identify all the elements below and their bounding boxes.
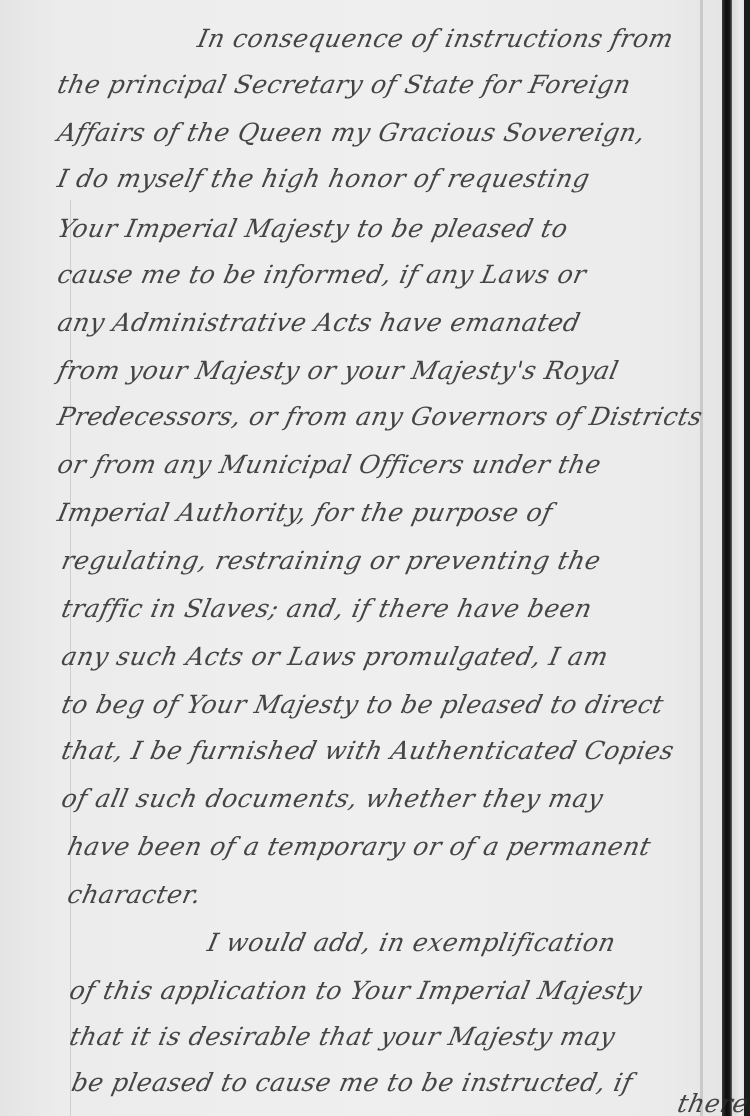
- text-line: of all such documents, whether they may: [59, 784, 606, 813]
- text-line: that it is desirable that your Majesty m…: [67, 1022, 618, 1051]
- scan-border: [744, 0, 750, 1116]
- text-line: of this application to Your Imperial Maj…: [67, 976, 645, 1005]
- text-line: that, I be furnished with Authenticated …: [59, 736, 677, 765]
- text-line: Predecessors, or from any Governors of D…: [55, 402, 705, 431]
- text-line: be pleased to cause me to be instructed,…: [69, 1068, 636, 1097]
- text-line: Affairs of the Queen my Gracious Soverei…: [55, 118, 648, 147]
- text-line: have been of a temporary or of a permane…: [65, 832, 654, 861]
- catchword: there: [675, 1089, 750, 1116]
- text-line: cause me to be informed, if any Laws or: [55, 260, 589, 289]
- text-line: Your Imperial Majesty to be pleased to: [55, 214, 571, 243]
- text-line: regulating, restraining or preventing th…: [59, 546, 604, 575]
- text-line: character.: [65, 880, 204, 909]
- text-line: any Administrative Acts have emanated: [55, 308, 583, 337]
- book-binding-edge: [722, 0, 732, 1116]
- text-line: to beg of Your Majesty to be pleased to …: [59, 690, 666, 719]
- text-line: In consequence of instructions from: [195, 24, 676, 53]
- text-line: I would add, in exemplification: [205, 928, 619, 957]
- text-line: any such Acts or Laws promulgated, I am: [59, 642, 611, 671]
- text-line: Imperial Authority, for the purpose of: [55, 498, 555, 527]
- text-line: I do myself the high honor of requesting: [55, 164, 593, 193]
- text-line: from your Majesty or your Majesty's Roya…: [55, 356, 621, 385]
- text-line: or from any Municipal Officers under the: [55, 450, 604, 479]
- page-fold-line: [700, 0, 703, 1116]
- text-line: the principal Secretary of State for For…: [55, 70, 634, 99]
- text-line: traffic in Slaves; and, if there have be…: [59, 594, 595, 623]
- manuscript-page: In consequence of instructions from the …: [0, 0, 750, 1116]
